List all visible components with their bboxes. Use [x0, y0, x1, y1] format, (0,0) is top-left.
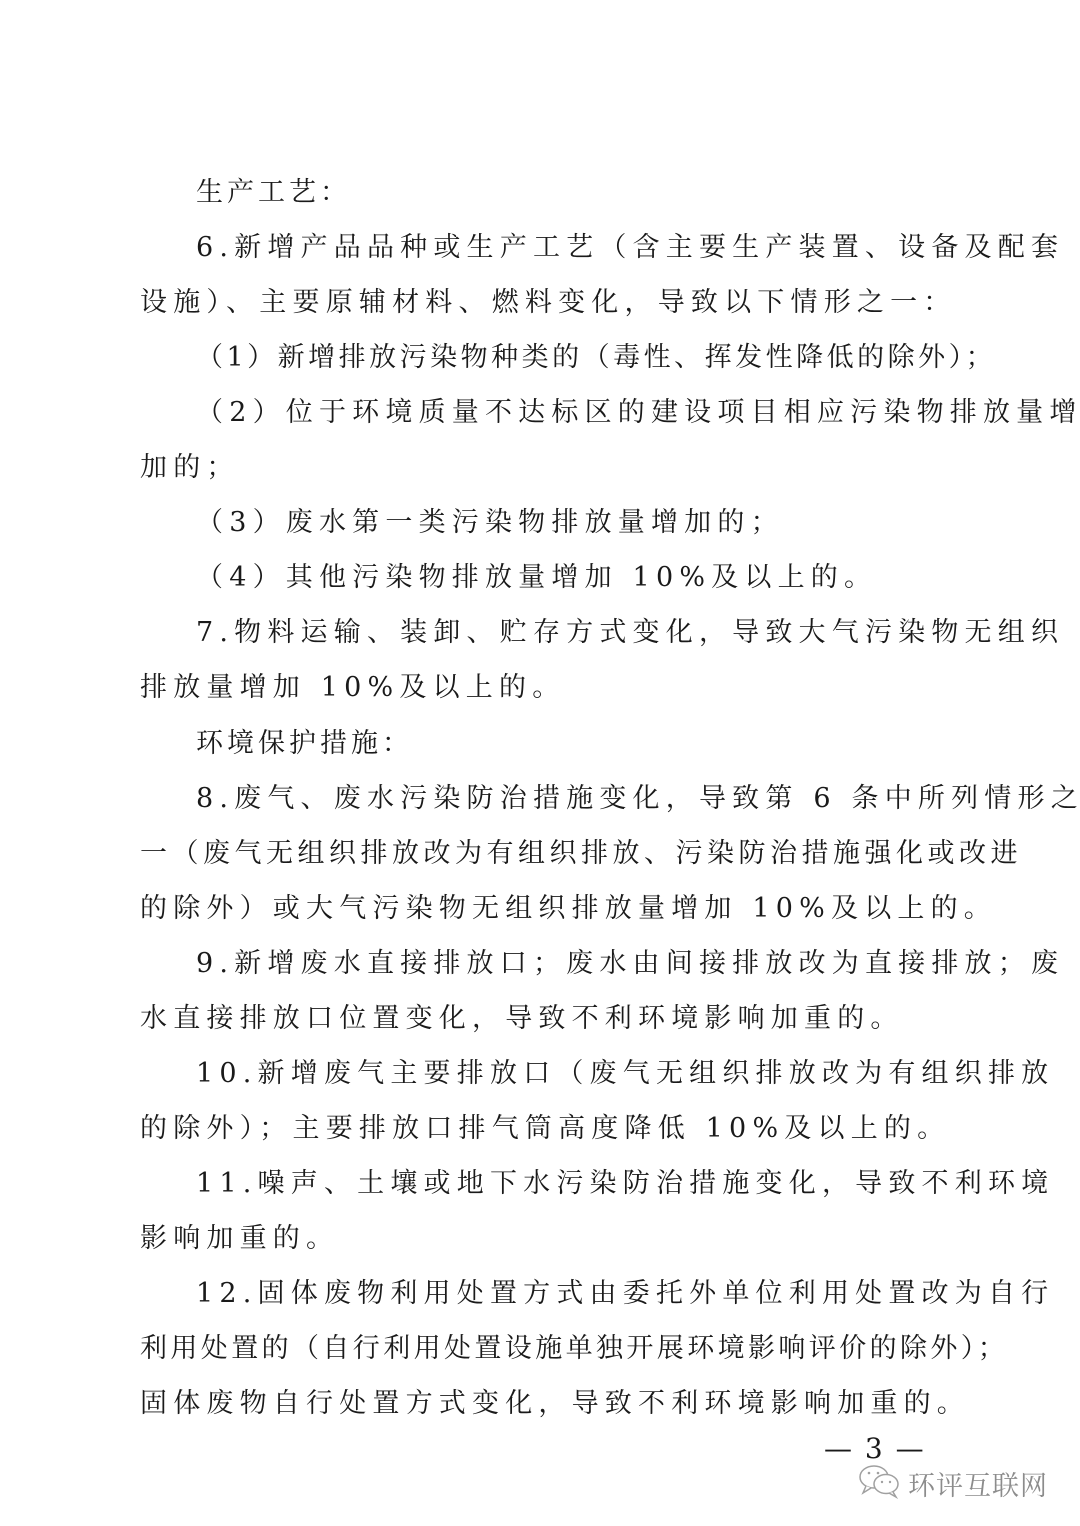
- section-heading: 生产工艺：: [196, 176, 351, 210]
- paragraph-line: 一（废气无组织排放改为有组织排放、污染防治措施强化或改进: [140, 837, 1022, 871]
- paragraph-line: 7.物料运输、装卸、贮存方式变化，导致大气污染物无组织: [196, 616, 1064, 650]
- paragraph-line: 10.新增废气主要排放口（废气无组织排放改为有组织排放: [196, 1057, 1054, 1091]
- paragraph-line: （4）其他污染物排放量增加 10%及以上的。: [196, 561, 877, 595]
- watermark-text: 环评互联网: [908, 1464, 1048, 1503]
- paragraph-line: 水直接排放口位置变化，导致不利环境影响加重的。: [140, 1002, 904, 1036]
- paragraph-line: （1）新增排放污染物种类的（毒性、挥发性降低的除外）；: [196, 341, 996, 375]
- paragraph-line: 加的；: [140, 451, 240, 485]
- paragraph-line: 影响加重的。: [140, 1222, 339, 1256]
- paragraph-line: 11.噪声、土壤或地下水污染防治措施变化，导致不利环境: [196, 1167, 1054, 1201]
- paragraph-line: （2）位于环境质量不达标区的建设项目相应污染物排放量增: [196, 396, 1080, 430]
- paragraph-line: 9.新增废水直接排放口；废水由间接排放改为直接排放；废: [196, 947, 1064, 981]
- section-heading: 环境保护措施：: [196, 727, 413, 761]
- paragraph-line: 的除外）或大气污染物无组织排放量增加 10%及以上的。: [140, 892, 997, 926]
- paragraph-line: 设施）、主要原辅材料、燃料变化，导致以下情形之一：: [140, 286, 957, 320]
- paragraph-line: 6.新增产品品种或生产工艺（含主要生产装置、设备及配套: [196, 231, 1064, 265]
- wechat-icon: [858, 1463, 902, 1503]
- paragraph-line: 8.废气、废水污染防治措施变化，导致第 6 条中所列情形之: [196, 782, 1080, 816]
- paragraph-line: 利用处置的（自行利用处置设施单独开展环境影响评价的除外）；: [140, 1332, 1008, 1366]
- paragraph-line: 12.固体废物利用处置方式由委托外单位利用处置改为自行: [196, 1277, 1054, 1311]
- page-number: — 3 —: [824, 1432, 926, 1465]
- paragraph-line: 固体废物自行处置方式变化，导致不利环境影响加重的。: [140, 1387, 970, 1421]
- paragraph-line: 的除外）；主要排放口排气筒高度降低 10%及以上的。: [140, 1112, 950, 1146]
- watermark: 环评互联网: [858, 1463, 1048, 1503]
- paragraph-line: （3）废水第一类污染物排放量增加的；: [196, 506, 784, 540]
- paragraph-line: 排放量增加 10%及以上的。: [140, 671, 565, 705]
